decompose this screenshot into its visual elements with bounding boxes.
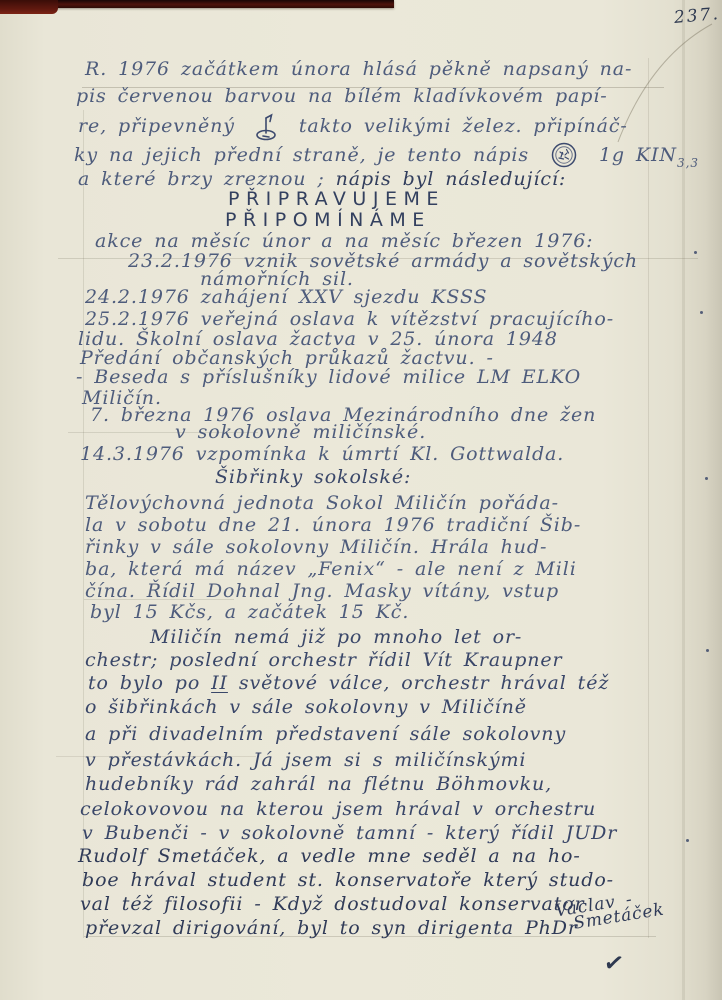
book-binding-corner [0,0,58,14]
ink-speck [686,839,689,842]
handwriting-text: 14.3.1976 vzpomínka k úmrtí Kl. Gottwald… [80,443,564,465]
ink-speck [694,251,697,254]
handwriting-line: a při divadelním představení sále sokolo… [85,723,566,745]
ink-speck [700,311,703,314]
handwriting-text: v sokolovně miličínské. [175,421,426,443]
handwriting-text: PŘIPRAVUJEME [228,188,445,210]
handwriting-line: 25.2.1976 veřejná oslava k vítězství pra… [85,308,614,330]
handwriting-text: v přestávkách. Já jsem si s miličínskými [85,749,526,771]
handwriting-line: byl 15 Kčs, a začátek 15 Kč. [90,601,409,623]
handwriting-text: hudebníky rád zahrál na flétnu Böhmovku, [85,773,552,795]
handwriting-text: ky na jejich přední straně, je tento náp… [74,144,529,166]
handwriting-line: - Beseda s příslušníky lidové milice LM … [76,366,581,388]
handwriting-line: 14.3.1976 vzpomínka k úmrtí Kl. Gottwald… [80,443,564,465]
handwriting-text: nápis byl následující: [336,168,567,190]
handwriting-text: v Bubenči - v sokolovně tamní - který ří… [82,822,617,844]
handwriting-text: akce na měsíc únor a na měsíc březen 197… [95,230,594,252]
handwriting-line: val též filosofii - Když dostudoval kons… [80,893,585,915]
handwriting-line: R. 1976 začátkem února hlásá pěkně napsa… [85,58,632,80]
check-mark: ✓ [602,946,627,978]
heading-pripominame: PŘIPOMÍNÁME [225,209,431,231]
handwriting-text: řinky v sále sokolovny Miličín. Hrála hu… [85,536,547,558]
handwriting-text: ba, která má název „Fenix“ - ale není z … [85,558,577,580]
handwriting-line: Tělovýchovná jednota Sokol Miličín pořád… [85,492,559,514]
handwriting-line: a které brzy zreznou ; nápis byl následu… [78,168,566,190]
handwriting-text: Rudolf Smetáček, a vedle mne seděl a na … [78,845,581,867]
book-binding-strip [0,0,394,8]
handwriting-line: hudebníky rád zahrál na flétnu Böhmovku, [85,773,552,795]
ink-speck [705,477,708,480]
handwriting-line: to bylo po II světové válce, orchestr hr… [88,672,609,694]
page-number: 237. [673,4,720,28]
handwriting-line: Rudolf Smetáček, a vedle mne seděl a na … [78,845,581,867]
handwriting-text: 1g KIN [599,144,677,166]
handwriting-line: Miličín nemá již po mnoho let or- [150,626,522,648]
handwriting-text: světové válce, orchestr hrával též [228,672,609,694]
handwriting-line: řinky v sále sokolovny Miličín. Hrála hu… [85,536,547,558]
handwriting-text: a které brzy zreznou ; [78,168,336,190]
handwriting-line: v sokolovně miličínské. [175,421,426,443]
handwriting-text: o šibřinkách v sále sokolovny v Miličíně [85,696,527,718]
handwriting-line: pis červenou barvou na bílém kladívkovém… [76,85,608,107]
handwriting-text: R. 1976 začátkem února hlásá pěkně napsa… [85,58,632,80]
handwriting-line: o šibřinkách v sále sokolovny v Miličíně [85,696,527,718]
handwriting-text: celokovovou na kterou jsem hrával v orch… [80,798,596,820]
handwriting-line: boe hrával student st. konservatoře kter… [82,869,614,891]
handwriting-text: Šibřinky sokolské: [215,466,411,488]
handwriting-text: 3,3 [677,156,699,170]
handwriting-line: la v sobotu dne 21. února 1976 tradiční … [85,514,581,536]
handwriting-text: Miličín nemá již po mnoho let or- [150,626,522,648]
handwriting-line: v Bubenči - v sokolovně tamní - který ří… [82,822,617,844]
handwriting-line: chestr; poslední orchestr řídil Vít Krau… [85,649,563,671]
handwriting-text: a při divadelním představení sále sokolo… [85,723,566,745]
handwriting-line: převzal dirigování, byl to syn dirigenta… [85,917,578,939]
handwriting-text: takto velikými želez. připínáč- [299,115,628,137]
handwriting-line: 24.2.1976 zahájení XXV sjezdu KSSS [85,286,487,308]
ink-speck [706,649,709,652]
pencil-margin-right [648,58,649,938]
handwriting-text: - Beseda s příslušníky lidové milice LM … [76,366,581,388]
handwriting-text: chestr; poslední orchestr řídil Vít Krau… [85,649,563,671]
handwriting-text: čína. Řídil Dohnal Jng. Masky vítány, vs… [85,580,559,602]
handwriting-text: boe hrával student st. konservatoře kter… [82,869,614,891]
handwriting-text: II [211,672,228,694]
handwriting-text: 24.2.1976 zahájení XXV sjezdu KSSS [85,286,487,308]
handwriting-line: akce na měsíc únor a na měsíc březen 197… [95,230,594,252]
handwriting-text: val též filosofii - Když dostudoval kons… [80,893,585,915]
handwriting-text: Tělovýchovná jednota Sokol Miličín pořád… [85,492,559,514]
handwriting-text: to bylo po [88,672,211,694]
handwriting-line: v přestávkách. Já jsem si s miličínskými [85,749,526,771]
handwriting-line: ba, která má název „Fenix“ - ale není z … [85,558,577,580]
handwriting-text: PŘIPOMÍNÁME [225,209,431,231]
handwriting-text: 25.2.1976 veřejná oslava k vítězství pra… [85,308,614,330]
handwriting-text: pis červenou barvou na bílém kladívkovém… [76,85,608,107]
chronicle-page: 237. R. 1976 začátkem února hlásá pěkně … [0,0,722,1000]
handwriting-text: re, připevněný [78,115,235,137]
handwriting-line: celokovovou na kterou jsem hrával v orch… [80,798,596,820]
heading-pripravujeme: PŘIPRAVUJEME [228,188,445,210]
handwriting-text: byl 15 Kčs, a začátek 15 Kč. [90,601,409,623]
handwriting-text: la v sobotu dne 21. února 1976 tradiční … [85,514,581,536]
handwriting-line: čína. Řídil Dohnal Jng. Masky vítány, vs… [85,580,559,602]
heading-sibrinky: Šibřinky sokolské: [215,466,411,488]
handwriting-text: převzal dirigování, byl to syn dirigenta… [85,917,578,939]
